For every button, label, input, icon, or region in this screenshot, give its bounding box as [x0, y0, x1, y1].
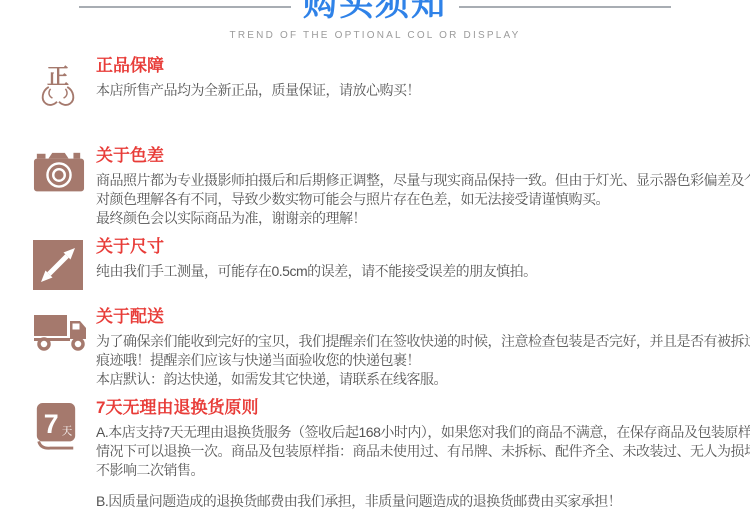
section-size: 关于尺寸 纯由我们手工测量，可能存在0.5cm的误差，请不能接受误差的朋友慎拍。: [0, 238, 750, 290]
section-content: 7天无理由退换货原则 A.本店支持7天无理由退换货服务（签收后起168小时内），…: [96, 399, 750, 511]
section-text-line: 纯由我们手工测量，可能存在0.5cm的误差，请不能接受误差的朋友慎拍。: [96, 262, 750, 281]
section-content: 关于色差 商品照片都为专业摄影师拍摄后和后期修正调整，尽量与现实商品保持一致。但…: [96, 147, 750, 228]
delivery-truck-icon: [33, 310, 89, 356]
header-title-row: 购买须知: [0, 0, 750, 22]
svg-text:天: 天: [62, 426, 73, 438]
section-icon-column: [33, 147, 96, 228]
section-text-line: 痕迹哦！提醒亲们应该与快递当面验收您的快递包裹！: [96, 351, 750, 370]
section-text-line: 对颜色理解各有不同，导致少数实物可能会与照片存在色差，如无法接受请谨慎购买。: [96, 190, 750, 209]
camera-icon: [33, 149, 85, 199]
section-text-line: 最终颜色会以实际商品为准，谢谢亲的理解！: [96, 209, 750, 228]
section-text-line: 商品照片都为专业摄影师拍摄后和后期修正调整，尽量与现实商品保持一致。但由于灯光、…: [96, 171, 750, 190]
section-title: 关于尺寸: [96, 238, 750, 256]
genuine-hands-icon: 正: [33, 59, 83, 113]
header-divider-left: [79, 6, 291, 8]
section-text-line: 为了确保亲们能收到完好的宝贝，我们提醒亲们在签收快递的时候，注意检查包装是否完好…: [96, 332, 750, 351]
section-text-line: 本店默认：韵达快递，如需发其它快递，请联系在线客服。: [96, 370, 750, 389]
section-icon-column: 正: [33, 57, 96, 113]
section-icon-column: [33, 308, 96, 389]
header: 购买须知 TREND OF THE OPTIONAL COL OR DISPLA…: [0, 0, 750, 41]
purchase-notice-page: 购买须知 TREND OF THE OPTIONAL COL OR DISPLA…: [0, 0, 750, 522]
section-genuine-guarantee: 正 正品保障 本店所售产品均为全新正品，质量保证，请放心购买！: [0, 57, 750, 113]
section-title: 7天无理由退换货原则: [96, 399, 750, 417]
section-text-line: B.因质量问题造成的退换货邮费由我们承担，非质量问题造成的退换货邮费由买家承担！: [96, 492, 750, 511]
svg-text:正: 正: [47, 64, 69, 89]
section-content: 正品保障 本店所售产品均为全新正品，质量保证，请放心购买！: [96, 57, 750, 113]
svg-text:7: 7: [44, 409, 59, 439]
page-subtitle: TREND OF THE OPTIONAL COL OR DISPLAY: [0, 30, 750, 41]
section-delivery: 关于配送 为了确保亲们能收到完好的宝贝，我们提醒亲们在签收快递的时候，注意检查包…: [0, 308, 750, 389]
section-color-difference: 关于色差 商品照片都为专业摄影师拍摄后和后期修正调整，尽量与现实商品保持一致。但…: [0, 147, 750, 228]
size-arrows-icon: [33, 240, 83, 290]
section-content: 关于配送 为了确保亲们能收到完好的宝贝，我们提醒亲们在签收快递的时候，注意检查包…: [96, 308, 750, 389]
section-text-line: 本店所售产品均为全新正品，质量保证，请放心购买！: [96, 81, 750, 100]
section-text-line: 不影响二次销售。: [96, 461, 750, 480]
section-icon-column: [33, 238, 96, 290]
section-title: 正品保障: [96, 57, 750, 75]
page-title: 购买须知: [303, 0, 447, 22]
section-text-line: A.本店支持7天无理由退换货服务（签收后起168小时内），如果您对我们的商品不满…: [96, 423, 750, 442]
section-text-line: 情况下可以退换一次。商品及包装原样指：商品未使用过、有吊牌、未拆标、配件齐全、未…: [96, 442, 750, 461]
section-title: 关于配送: [96, 308, 750, 326]
section-title: 关于色差: [96, 147, 750, 165]
seven-day-return-icon: 7 天: [33, 401, 79, 453]
header-divider-right: [459, 6, 671, 8]
section-content: 关于尺寸 纯由我们手工测量，可能存在0.5cm的误差，请不能接受误差的朋友慎拍。: [96, 238, 750, 290]
section-icon-column: 7 天: [33, 399, 96, 511]
section-seven-day-return: 7 天 7天无理由退换货原则 A.本店支持7天无理由退换货服务（签收后起168小…: [0, 399, 750, 511]
